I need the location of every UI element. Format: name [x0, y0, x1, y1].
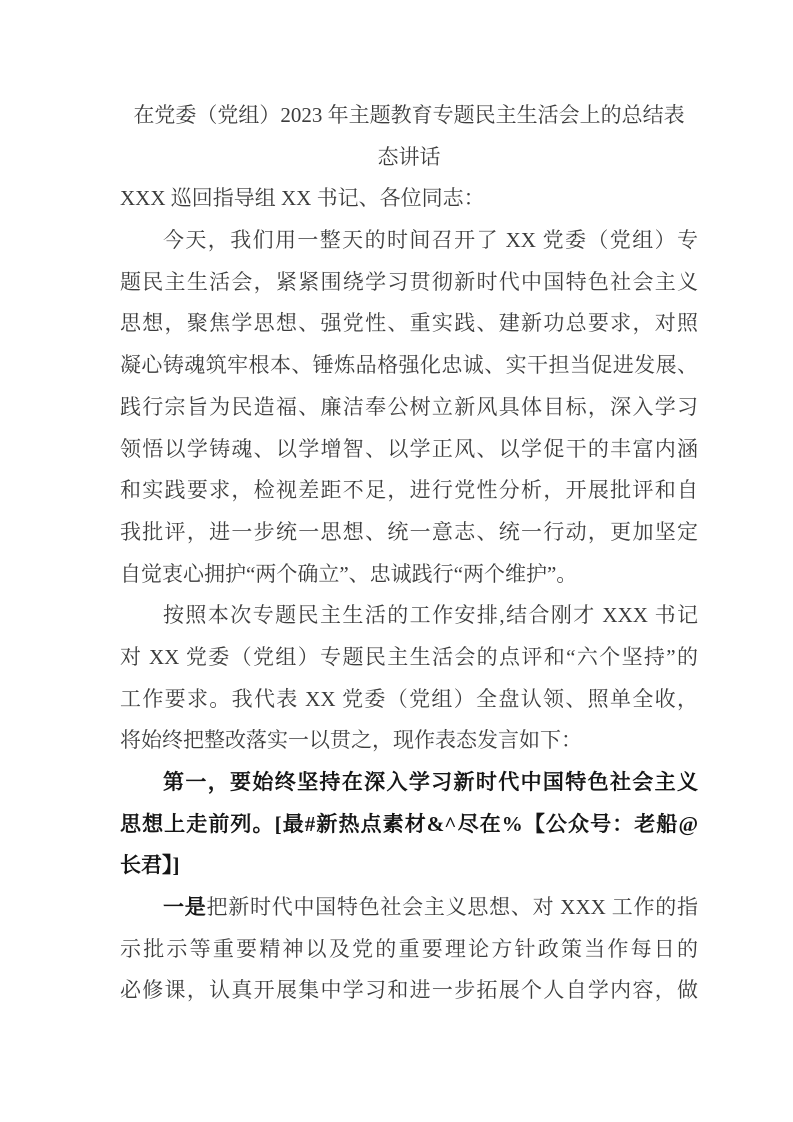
para1-line-3: 思想，聚焦学思想、强党性、重实践、建新功总要求，对照 — [120, 303, 698, 345]
para4-line-3: 必修课，认真开展集中学习和进一步拓展个人自学内容，做 — [120, 970, 698, 1012]
para1-line-5: 践行宗旨为民造福、廉洁奉公树立新风具体目标，深入学习 — [120, 387, 698, 429]
title-line-1: 在党委（党组）2023 年主题教育专题民主生活会上的总结表 — [120, 95, 698, 137]
para3-bold-line-1: 第一，要始终坚持在深入学习新时代中国特色社会主义 — [120, 762, 698, 804]
title-line-2: 态讲话 — [120, 137, 698, 179]
salutation-line: XXX 巡回指导组 XX 书记、各位同志： — [120, 178, 698, 220]
para3-bold-line-2: 思想上走前列。[最#新热点素材&^尽在%【公众号：老船@ — [120, 804, 698, 846]
para2-line-4: 将始终把整改落实一以贯之，现作表态发言如下： — [120, 720, 698, 762]
para1-line-1: 今天，我们用一整天的时间召开了 XX 党委（党组）专 — [120, 220, 698, 262]
para1-line-2: 题民主生活会，紧紧围绕学习贯彻新时代中国特色社会主义 — [120, 262, 698, 304]
para1-line-9: 自觉衷心拥护“两个确立”、忠诚践行“两个维护”。 — [120, 554, 698, 596]
para2-line-3: 工作要求。我代表 XX 党委（党组）全盘认领、照单全收， — [120, 679, 698, 721]
para4-line-1: 一是把新时代中国特色社会主义思想、对 XXX 工作的指 — [120, 887, 698, 929]
para3-bold-line-3: 长君】] — [120, 845, 698, 887]
para1-line-6: 领悟以学铸魂、以学增智、以学正风、以学促干的丰富内涵 — [120, 429, 698, 471]
para2-line-1: 按照本次专题民主生活的工作安排,结合刚才 XXX 书记 — [120, 595, 698, 637]
para4-line-2: 示批示等重要精神以及党的重要理论方针政策当作每日的 — [120, 929, 698, 971]
para2-line-2: 对 XX 党委（党组）专题民主生活会的点评和“六个坚持”的 — [120, 637, 698, 679]
para4-line-1-rest: 把新时代中国特色社会主义思想、对 XXX 工作的指 — [206, 895, 698, 919]
para1-line-4: 凝心铸魂筑牢根本、锤炼品格强化忠诚、实干担当促进发展、 — [120, 345, 698, 387]
para1-line-7: 和实践要求，检视差距不足，进行党性分析，开展批评和自 — [120, 470, 698, 512]
document-page: 在党委（党组）2023 年主题教育专题民主生活会上的总结表 态讲话 XXX 巡回… — [0, 0, 793, 1122]
para1-line-8: 我批评，进一步统一思想、统一意志、统一行动，更加坚定 — [120, 512, 698, 554]
para4-bold-lead: 一是 — [163, 895, 206, 919]
